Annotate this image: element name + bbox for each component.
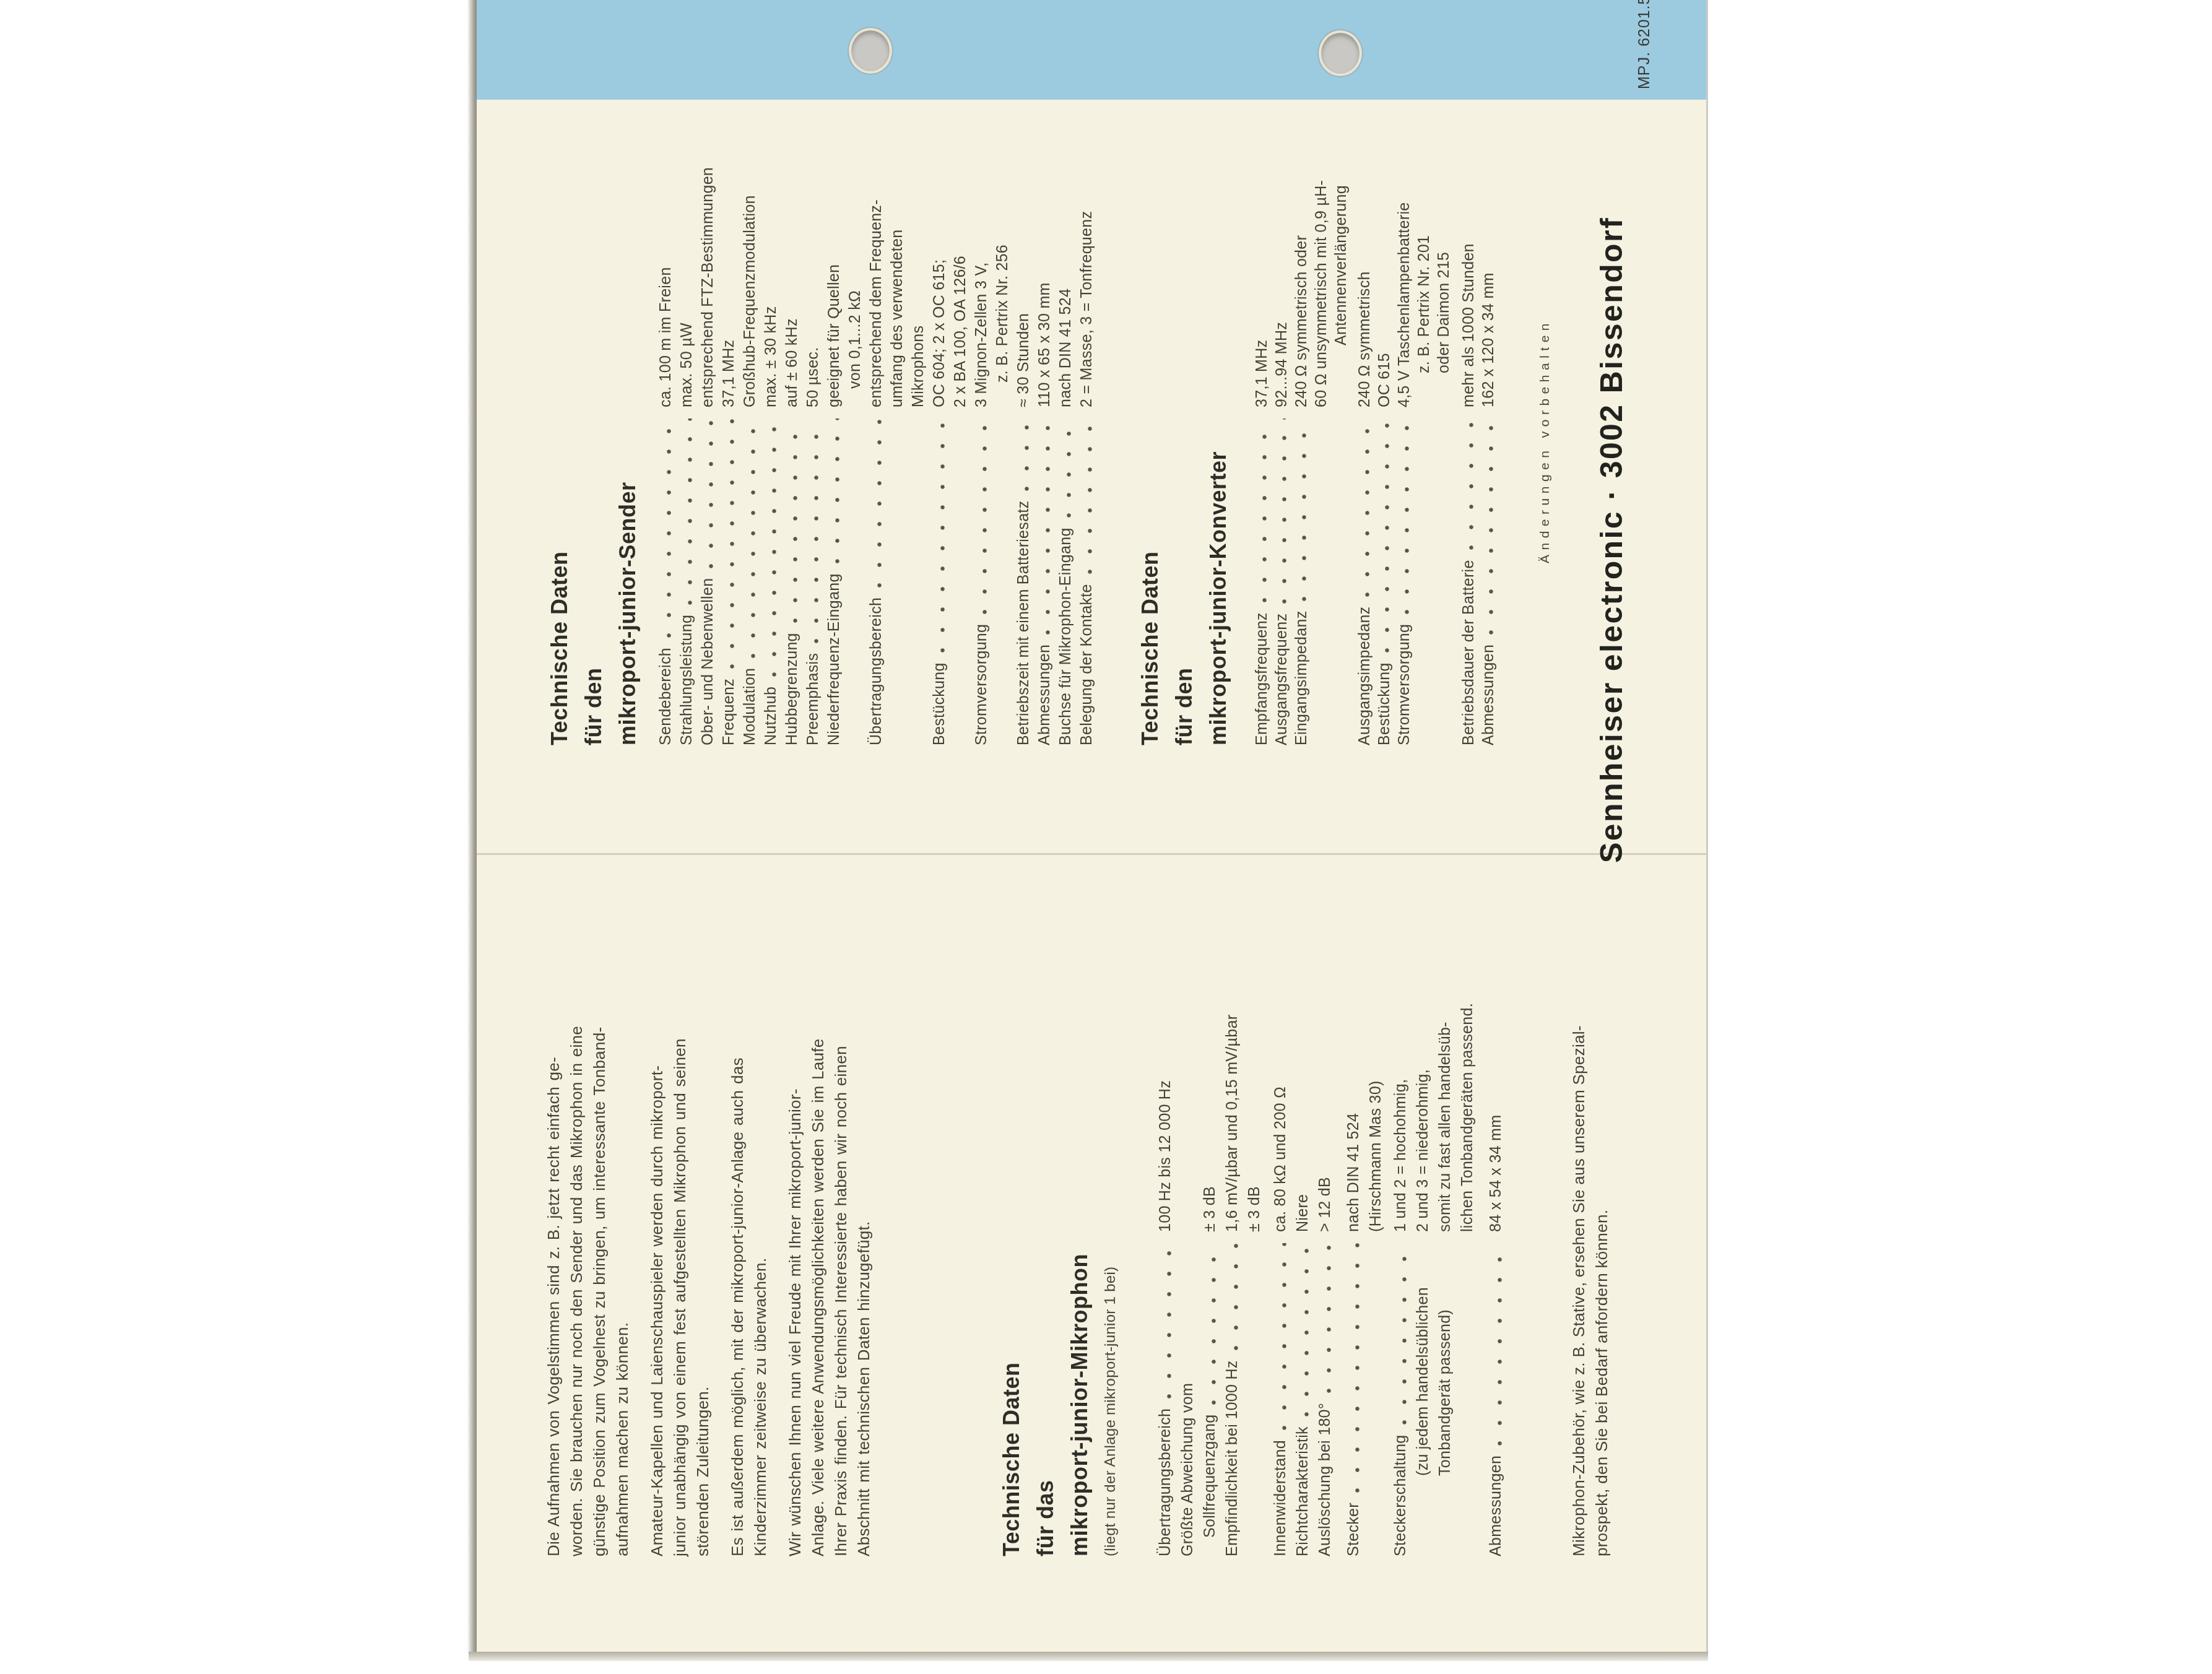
spec-label: Innenwiderstand xyxy=(1269,1440,1291,1556)
spec-value: 1,6 mV/µbar und 0,15 mV/µbar xyxy=(1221,1015,1243,1232)
spec-value: 50 µsec. xyxy=(802,347,823,407)
spec-label: Ausgangsfrequenz xyxy=(1272,614,1291,745)
dotted-leader xyxy=(1262,418,1267,602)
spec-row: (zu jedem handelsüblichen 2 und 3 = nied… xyxy=(1412,900,1434,1556)
dotted-leader xyxy=(1498,1243,1502,1446)
spec-label: Abmessungen xyxy=(1034,644,1055,745)
spec-row: Empfindlichkeit bei 1000 Hz 1,6 mV/µbar … xyxy=(1221,900,1243,1556)
spec-row: Nutzhub max. ± 30 kHz xyxy=(760,126,781,745)
spec-row: Mikrophons xyxy=(908,126,929,745)
spec-value: 2 = Masse, 3 = Tonfrequenz xyxy=(1076,211,1097,407)
spec-row: Abmessungen 84 x 54 x 34 mm xyxy=(1485,900,1507,1556)
konverter-spec-table: Empfangsfrequenz 37,1 MHz Ausgangsfreque… xyxy=(1252,126,1498,745)
spec-row: Ausgangsimpedanz 240 Ω symmetrisch xyxy=(1355,126,1374,745)
spec-value: z. B. Pertrix Nr. 201 xyxy=(1414,235,1434,373)
spec-label: Abmessungen xyxy=(1485,1455,1507,1556)
spec-row: von 0,1...2 kΩ xyxy=(844,126,865,745)
spec-value: Niere xyxy=(1291,1194,1314,1232)
spec-value: 37,1 MHz xyxy=(1252,340,1272,407)
dotted-leader xyxy=(1405,418,1409,614)
spec-label: Stromversorgung xyxy=(971,624,992,745)
spec-row: Ober- und Nebenwellen entsprechend FTZ-B… xyxy=(697,126,718,745)
spec-value: entsprechend dem Frequenz- xyxy=(865,199,887,407)
dotted-leader xyxy=(814,418,818,643)
spec-value: OC 604; 2 x OC 615; xyxy=(929,259,950,407)
spec-row: Tonbandgerät passend) somit zu fast alle… xyxy=(1434,900,1456,1556)
spec-row: Eingangsimpedanz 240 Ω symmetrisch oder xyxy=(1291,126,1311,745)
spec-value: 1 und 2 = hochohmig, xyxy=(1389,1079,1412,1232)
spec-row: 2 x BA 100, OA 126/6 xyxy=(950,126,971,745)
spec-label: Frequenz xyxy=(718,679,739,745)
spec-row: Preemphasis 50 µsec. xyxy=(802,126,823,745)
spec-value: geeignet für Quellen xyxy=(823,264,844,407)
spec-label: Betriebsdauer der Batterie xyxy=(1459,560,1478,745)
spec-value: lichen Tonbandgeräten passend. xyxy=(1456,1003,1478,1232)
dotted-leader xyxy=(1067,418,1071,518)
spec-label: Empfindlichkeit bei 1000 Hz xyxy=(1221,1360,1243,1556)
spec-value: 2 x BA 100, OA 126/6 xyxy=(950,256,971,407)
spec-row: Richtcharakteristik Niere xyxy=(1291,900,1314,1556)
spec-row: Übertragungsbereich entsprechend dem Fre… xyxy=(865,126,887,745)
spec-row: Belegung der Kontakte 2 = Masse, 3 = Ton… xyxy=(1076,126,1097,745)
paragraph: Es ist außerdem möglich, mit der mikropo… xyxy=(726,967,772,1556)
spec-value: > 12 dB xyxy=(1314,1177,1336,1232)
spec-value: 92...94 MHz xyxy=(1272,322,1291,407)
spec-row: Sollfrequenzgang ± 3 dB xyxy=(1199,900,1221,1556)
spec-row: Bestückung OC 604; 2 x OC 615; xyxy=(929,126,950,745)
spec-row: Buchse für Mikrophon-Eingang nach DIN 41… xyxy=(1055,126,1076,745)
dotted-leader xyxy=(1355,1243,1360,1493)
spec-label: Buchse für Mikrophon-Eingang xyxy=(1055,527,1076,745)
spec-value: Mikrophons xyxy=(908,326,929,407)
spec-row: Übertragungsbereich 100 Hz bis 12 000 Hz xyxy=(1154,900,1176,1556)
spec-row: Bestückung OC 615 xyxy=(1374,126,1394,745)
spec-value: max. 50 µW xyxy=(676,323,697,407)
spec-label: Ausgangsimpedanz xyxy=(1355,607,1374,745)
spec-label: Niederfrequenz-Eingang xyxy=(823,573,844,745)
dotted-leader xyxy=(1282,418,1286,604)
dotted-leader xyxy=(877,418,882,588)
dotted-leader xyxy=(982,418,987,614)
dotted-leader xyxy=(751,418,755,658)
spec-label: Belegung der Kontakte xyxy=(1076,584,1097,745)
intro-paragraphs: Die Aufnahmen von Vogelstimmen sind z. B… xyxy=(542,967,887,1556)
dotted-leader xyxy=(688,418,692,605)
spec-row: Innenwiderstand ca. 80 kΩ und 200 Ω xyxy=(1269,900,1291,1556)
spec-value: somit zu fast allen handelsüb- xyxy=(1434,1021,1456,1232)
dotted-leader xyxy=(1282,1243,1286,1430)
spec-label: Empfangsfrequenz xyxy=(1252,612,1272,745)
dotted-leader xyxy=(793,418,797,623)
spec-row: Modulation Großhub-Frequenzmodulation xyxy=(739,126,760,745)
dotted-leader xyxy=(730,418,734,669)
spec-label: Tonbandgerät passend) xyxy=(1434,1309,1456,1476)
spec-label: Steckerschaltung xyxy=(1389,1434,1412,1556)
dotted-leader xyxy=(1327,1243,1331,1393)
spec-row: z. B. Pertrix Nr. 201 xyxy=(1414,126,1434,745)
dotted-leader xyxy=(940,418,945,653)
brand-footer: Sennheiser electronic · 3002 Bissendorf xyxy=(1594,217,1629,863)
accessories-note: Mikrophon-Zubehör, wie z. B. Stative, er… xyxy=(1568,962,1613,1556)
spec-label: Auslöschung bei 180° xyxy=(1314,1403,1336,1556)
dotted-leader xyxy=(1402,1243,1407,1425)
dotted-leader xyxy=(667,418,671,638)
mikrophon-section-heading: Technische Daten für das mikroport-junio… xyxy=(994,1254,1096,1556)
spec-label: Nutzhub xyxy=(760,687,781,745)
spec-row: Betriebszeit mit einem Batteriesatz ≈ 30… xyxy=(1013,126,1034,745)
spec-value: 110 x 65 x 30 mm xyxy=(1034,282,1055,407)
spec-label: Hubbegrenzung xyxy=(781,633,802,745)
spec-row: Niederfrequenz-Eingang geeignet für Quel… xyxy=(823,126,844,745)
spec-value: 3 Mignon-Zellen 3 V, xyxy=(971,262,992,407)
rotated-text-layer: Die Aufnahmen von Vogelstimmen sind z. B… xyxy=(0,0,2212,1674)
spec-row: oder Daimon 215 xyxy=(1434,126,1454,745)
spec-label: Preemphasis xyxy=(802,653,823,745)
spec-row: z. B. Pertrix Nr. 256 xyxy=(992,126,1013,745)
spec-value: ≈ 30 Stunden xyxy=(1013,313,1034,407)
spec-row: Auslöschung bei 180° > 12 dB xyxy=(1314,900,1336,1556)
spec-row: lichen Tonbandgeräten passend. xyxy=(1456,900,1478,1556)
spec-value: 240 Ω symmetrisch oder xyxy=(1291,235,1311,407)
dotted-leader xyxy=(1025,418,1029,491)
paragraph: Amateur-Kapellen und Laienschauspieler w… xyxy=(646,967,714,1556)
spec-label: Modulation xyxy=(739,668,760,745)
spec-label: Abmessungen xyxy=(1478,644,1498,745)
spec-row: Abmessungen 110 x 65 x 30 mm xyxy=(1034,126,1055,745)
spec-value: ca. 100 m im Freien xyxy=(655,267,676,407)
dotted-leader xyxy=(1046,418,1050,635)
spec-value: 60 Ω unsymmetrisch mit 0,9 µH- xyxy=(1311,180,1331,407)
spec-value: 37,1 MHz xyxy=(718,340,739,407)
dotted-leader xyxy=(1088,418,1092,574)
spec-row: Stromversorgung 4,5 V Taschenlampenbatte… xyxy=(1394,126,1414,745)
spec-value: oder Daimon 215 xyxy=(1434,252,1454,373)
spec-value: umfang des verwendeten xyxy=(887,230,908,407)
spec-value: ca. 80 kΩ und 200 Ω xyxy=(1269,1086,1291,1232)
spec-label: Eingangsimpedanz xyxy=(1291,611,1311,745)
sender-section-heading: Technische Daten für den mikroport-junio… xyxy=(542,482,644,745)
spec-value: entsprechend FTZ-Bestimmungen xyxy=(697,167,718,407)
konverter-section-heading: Technische Daten für den mikroport-junio… xyxy=(1133,451,1235,745)
spec-row: Stromversorgung 3 Mignon-Zellen 3 V, xyxy=(971,126,992,745)
spec-label: Ober- und Nebenwellen xyxy=(697,578,718,745)
mikrophon-section-subtitle: (liegt nur der Anlage mikroport-junior 1… xyxy=(1102,1267,1119,1556)
paragraph: Die Aufnahmen von Vogelstimmen sind z. B… xyxy=(542,967,634,1556)
dotted-leader xyxy=(835,418,839,563)
paragraph: Wir wünschen Ihnen nun viel Freude mit I… xyxy=(784,967,875,1556)
spec-label: Bestückung xyxy=(1374,662,1394,745)
spec-label: Strahlungsleistung xyxy=(676,615,697,745)
changes-reserved-note: Änderungen vorbehalten xyxy=(1538,319,1553,563)
spec-label: (zu jedem handelsüblichen xyxy=(1412,1287,1434,1476)
spec-value: von 0,1...2 kΩ xyxy=(844,290,865,389)
spec-value: 162 x 120 x 34 mm xyxy=(1478,272,1498,407)
spec-value: z. B. Pertrix Nr. 256 xyxy=(992,245,1013,383)
dotted-leader xyxy=(1167,1243,1171,1399)
spec-row: Steckerschaltung 1 und 2 = hochohmig, xyxy=(1389,900,1412,1556)
spec-row: Größte Abweichung vom xyxy=(1176,900,1199,1556)
dotted-leader xyxy=(772,418,776,677)
spec-row: 60 Ω unsymmetrisch mit 0,9 µH- xyxy=(1311,126,1331,745)
spec-value: nach DIN 41 524 xyxy=(1342,1113,1364,1232)
spec-label: Übertragungsbereich xyxy=(865,597,887,745)
dotted-leader xyxy=(1304,1243,1309,1416)
dotted-leader xyxy=(709,418,713,568)
spec-value: nach DIN 41 524 xyxy=(1055,288,1076,407)
spec-label: Stromversorgung xyxy=(1394,624,1414,745)
spec-label: Größte Abweichung vom xyxy=(1176,1383,1199,1556)
dotted-leader xyxy=(1302,418,1306,601)
dotted-leader xyxy=(1234,1243,1238,1350)
spec-label: Stecker xyxy=(1342,1503,1364,1556)
spec-value: 4,5 V Taschenlampenbatterie xyxy=(1394,202,1414,407)
spec-label: Sollfrequenzgang xyxy=(1199,1415,1221,1538)
spec-value: 240 Ω symmetrisch xyxy=(1355,271,1374,407)
scanned-page: Die Aufnahmen von Vogelstimmen sind z. B… xyxy=(0,0,2212,1674)
spec-row: (Hirschmann Mas 30) xyxy=(1364,900,1387,1556)
spec-value: ± 3 dB xyxy=(1243,1186,1265,1232)
spec-value: 2 und 3 = niederohmig, xyxy=(1412,1069,1434,1232)
dotted-leader xyxy=(1365,418,1369,597)
spec-row: Betriebsdauer der Batterie mehr als 1000… xyxy=(1459,126,1478,745)
spec-value: Antennenverlängerung xyxy=(1331,185,1351,345)
dotted-leader xyxy=(1385,418,1389,653)
dotted-leader xyxy=(1212,1243,1216,1405)
spec-label: Richtcharakteristik xyxy=(1291,1426,1314,1556)
spec-value: 100 Hz bis 12 000 Hz xyxy=(1154,1080,1176,1232)
spec-row: Abmessungen 162 x 120 x 34 mm xyxy=(1478,126,1498,745)
spec-row: Hubbegrenzung auf ± 60 kHz xyxy=(781,126,802,745)
spec-row: Antennenverlängerung xyxy=(1331,126,1351,745)
spec-value: mehr als 1000 Stunden xyxy=(1459,243,1478,407)
spec-row: Strahlungsleistung max. 50 µW xyxy=(676,126,697,745)
spec-label: Bestückung xyxy=(929,662,950,745)
dotted-leader xyxy=(1469,418,1473,550)
spec-label: Sendebereich xyxy=(655,648,676,745)
spec-value: Großhub-Frequenzmodulation xyxy=(739,195,760,407)
dotted-leader xyxy=(1489,418,1493,635)
spec-label: Betriebszeit mit einem Batteriesatz xyxy=(1013,501,1034,745)
spec-row: ± 3 dB xyxy=(1243,900,1265,1556)
spec-row: Sendebereich ca. 100 m im Freien xyxy=(655,126,676,745)
spec-row: Frequenz 37,1 MHz xyxy=(718,126,739,745)
spec-row: umfang des verwendeten xyxy=(887,126,908,745)
spec-value: (Hirschmann Mas 30) xyxy=(1364,1080,1387,1232)
spec-value: 84 x 54 x 34 mm xyxy=(1485,1115,1507,1232)
spec-row: Ausgangsfrequenz 92...94 MHz xyxy=(1272,126,1291,745)
spec-row: Stecker nach DIN 41 524 xyxy=(1342,900,1364,1556)
spec-value: max. ± 30 kHz xyxy=(760,306,781,408)
sender-spec-table: Sendebereich ca. 100 m im Freien Strahlu… xyxy=(655,126,1097,745)
spec-row: Empfangsfrequenz 37,1 MHz xyxy=(1252,126,1272,745)
spec-value: ± 3 dB xyxy=(1199,1186,1221,1232)
spec-value: OC 615 xyxy=(1374,353,1394,407)
spec-value: auf ± 60 kHz xyxy=(781,318,802,407)
print-code: MPJ. 6201.5 xyxy=(1636,0,1654,89)
mikrophon-spec-table: Übertragungsbereich 100 Hz bis 12 000 Hz… xyxy=(1154,900,1507,1556)
spec-label: Übertragungsbereich xyxy=(1154,1408,1176,1556)
